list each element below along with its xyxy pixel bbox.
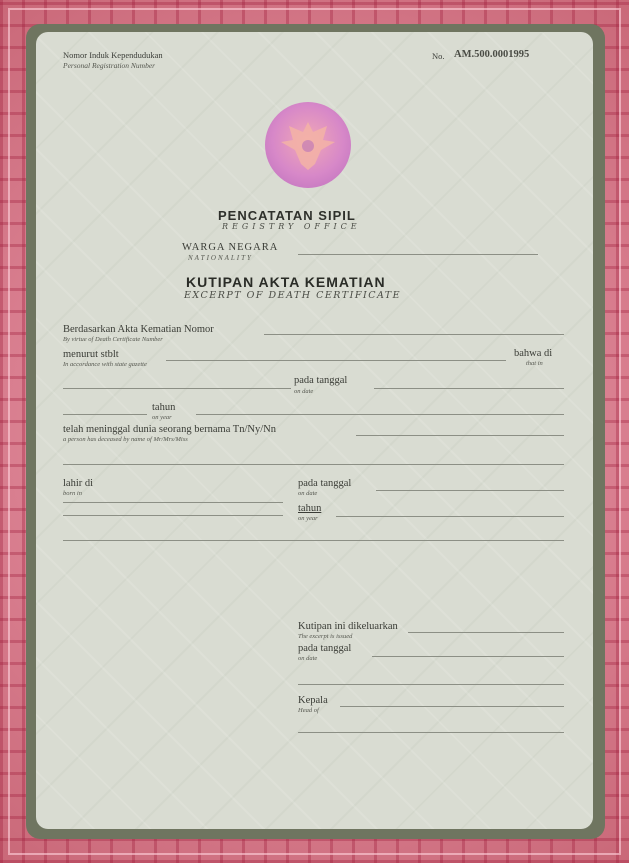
number-label: No. bbox=[432, 52, 445, 61]
issued-extra-line bbox=[298, 684, 564, 685]
born-date-label-en: on date bbox=[298, 490, 317, 497]
deceased-name-line-2 bbox=[63, 464, 564, 465]
extra-line bbox=[63, 540, 564, 541]
according-label-en: In accordance with state gazette bbox=[63, 361, 147, 368]
signature-line bbox=[298, 732, 564, 733]
issued-date-line bbox=[372, 656, 564, 657]
date-line bbox=[374, 388, 564, 389]
on-date-label-en: on date bbox=[294, 388, 313, 395]
certificate-number: AM.500.0001995 bbox=[454, 49, 529, 60]
birthplace-line bbox=[63, 502, 283, 503]
nationality-label-en: NATIONALITY bbox=[188, 255, 253, 262]
year-line-right bbox=[196, 414, 564, 415]
head-label-en: Head of bbox=[298, 707, 319, 714]
born-year-label-en: on year bbox=[298, 515, 318, 522]
according-label: menurut stblt bbox=[63, 349, 119, 360]
birthdate-line bbox=[376, 490, 564, 491]
deceased-label: telah meninggal dunia seorang bernama Tn… bbox=[63, 424, 276, 435]
certificate-paper: Nomor Induk Kependudukan Personal Regist… bbox=[36, 32, 593, 829]
deceased-name-line bbox=[356, 435, 564, 436]
that-in-label: bahwa di bbox=[514, 348, 552, 359]
that-in-label-en: that in bbox=[526, 360, 543, 367]
issued-label: Kutipan ini dikeluarkan bbox=[298, 621, 398, 632]
issued-place-line bbox=[408, 632, 564, 633]
gazette-line bbox=[166, 360, 506, 361]
garuda-emblem-icon bbox=[265, 102, 351, 188]
born-date-label: pada tanggal bbox=[298, 478, 351, 489]
issued-label-en: The excerpt is issued bbox=[298, 633, 352, 640]
based-on-label: Berdasarkan Akta Kematian Nomor bbox=[63, 324, 214, 335]
deceased-label-en: a person has deceased by name of Mr/Mrs/… bbox=[63, 436, 188, 443]
born-label-en: born in bbox=[63, 490, 82, 497]
registration-label: Nomor Induk Kependudukan bbox=[63, 51, 163, 60]
born-year-label: tahun bbox=[298, 503, 321, 514]
head-label: Kepala bbox=[298, 695, 328, 706]
head-of-line bbox=[340, 706, 564, 707]
issued-date-label: pada tanggal bbox=[298, 643, 351, 654]
eagle-icon bbox=[265, 102, 351, 188]
nationality-line bbox=[298, 254, 538, 255]
nationality-label: WARGA NEGARA bbox=[182, 242, 278, 253]
year-line-left bbox=[63, 414, 147, 415]
registration-label-en: Personal Registration Number bbox=[63, 62, 155, 69]
place-line bbox=[63, 388, 291, 389]
issued-date-label-en: on date bbox=[298, 655, 317, 662]
certificate-number-line bbox=[264, 334, 564, 335]
office-title: PENCATATAN SIPIL bbox=[218, 208, 356, 223]
based-on-label-en: By virtue of Death Certificate Number bbox=[63, 336, 163, 343]
on-date-label: pada tanggal bbox=[294, 375, 347, 386]
born-year-line bbox=[336, 516, 564, 517]
year-label-en: on year bbox=[152, 414, 172, 421]
born-year-line-left bbox=[63, 515, 283, 516]
year-label: tahun bbox=[152, 402, 175, 413]
document-title-en: EXCERPT OF DEATH CERTIFICATE bbox=[184, 290, 401, 301]
document-title: KUTIPAN AKTA KEMATIAN bbox=[186, 274, 386, 290]
born-label: lahir di bbox=[63, 478, 93, 489]
office-title-en: REGISTRY OFFICE bbox=[222, 222, 361, 231]
